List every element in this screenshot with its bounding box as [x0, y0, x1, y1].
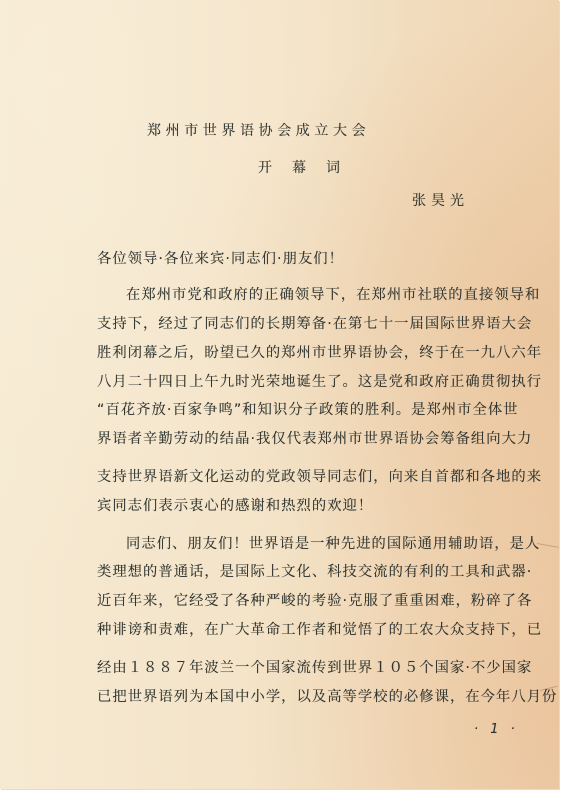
paragraph-line: 支持下，经过了同志们的长期筹备·在第七十一届国际世界语大会 — [97, 313, 532, 333]
paragraph-line: 经由１８８７年波兰一个国家流传到世界１０５个国家·不少国家 — [97, 657, 532, 677]
paragraph-line: 类理想的普通话，是国际上文化、科技交流的有利的工具和武器· — [97, 561, 532, 581]
paragraph-line: 界语者辛勤劳动的结晶·我仅代表郑州市世界语协会筹备组向大力 — [97, 428, 532, 448]
paragraph-line: 胜利闭幕之后，盼望已久的郑州市世界语协会，终于在一九八六年 — [97, 342, 542, 362]
paragraph-line: 种诽谤和责难，在广大革命工作者和觉悟了的工农大众支持下，已 — [97, 619, 542, 639]
paragraph-line: 八月二十四日上午九时光荣地诞生了。这是党和政府正确贯彻执行 — [97, 371, 542, 391]
author-name: 张昊光 — [412, 190, 469, 210]
document-title: 郑州市世界语协会成立大会 — [147, 120, 370, 140]
document-subtitle: 开幕词 — [258, 157, 360, 177]
document-page: 郑州市世界语协会成立大会 开幕词 张昊光 各位领导·各位来宾·同志们·朋友们！ … — [0, 0, 559, 789]
paragraph-line: 支持世界语新文化运动的党政领导同志们，向来自首都和各地的来 — [97, 466, 542, 486]
paragraph-line: 在郑州市党和政府的正确领导下，在郑州市社联的直接领导和 — [126, 284, 540, 304]
paragraph-line: 近百年来，它经受了各种严峻的考验·克服了重重困难，粉碎了各 — [97, 590, 532, 610]
paragraph-line: “百花齐放·百家争鸣”和知识分子政策的胜利。是郑州市全体世 — [97, 399, 519, 419]
paragraph-line: 宾同志们表示衷心的感谢和热烈的欢迎！ — [97, 495, 373, 515]
salutation: 各位领导·各位来宾·同志们·朋友们！ — [97, 248, 344, 268]
page-number: · 1 · — [474, 722, 519, 737]
paragraph-line: 已把世界语列为本国中小学，以及高等学校的必修课，在今年八月份 — [97, 686, 557, 706]
paragraph-line: 同志们、朋友们！世界语是一种先进的国际通用辅助语，是人 — [126, 533, 540, 553]
